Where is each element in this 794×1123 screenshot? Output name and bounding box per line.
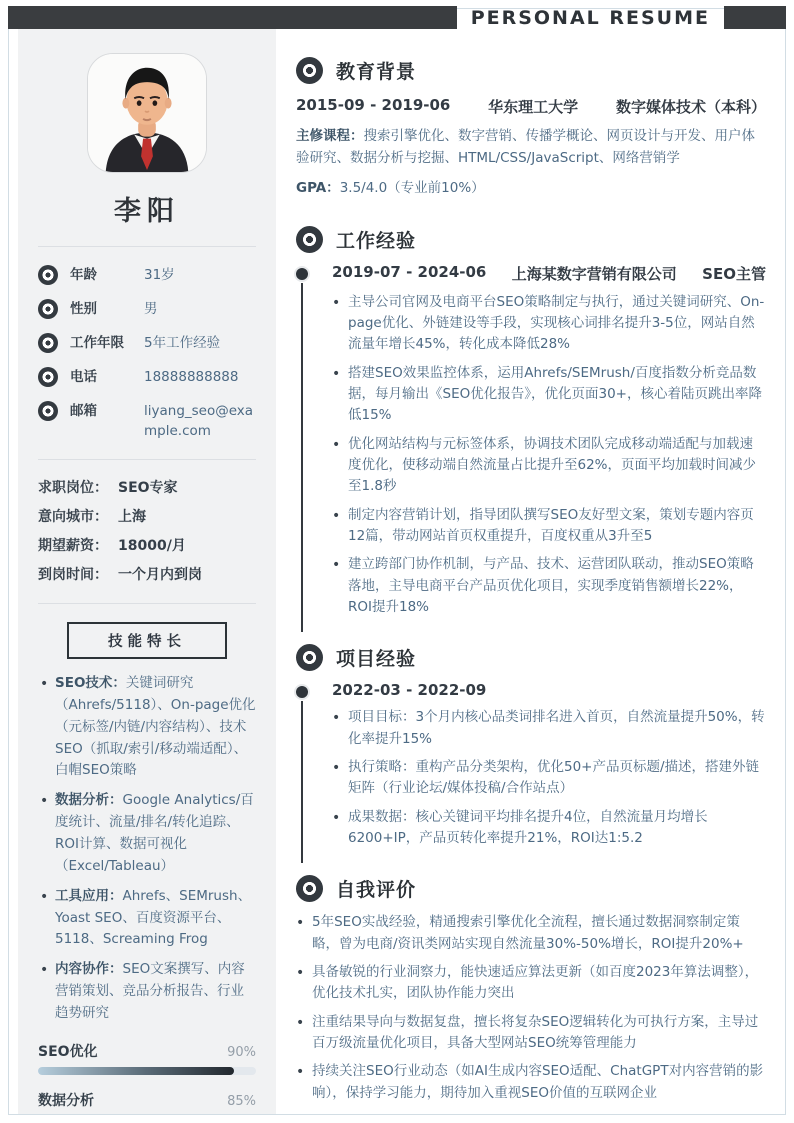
work-bullet-list: 主导公司官网及电商平台SEO策略制定与执行，通过关键词研究、On-page优化、…	[332, 292, 766, 619]
section-bullet-icon	[296, 226, 323, 253]
skills-section-title: 技能特长	[67, 622, 227, 659]
skill-bar-fill	[38, 1067, 234, 1075]
skill-bar-track	[38, 1067, 256, 1075]
education-major: 数字媒体技术（本科）	[616, 96, 766, 117]
job-intent-list: 求职岗位： SEO专家 意向城市： 上海 期望薪资： 18000/月 到岗时间：…	[38, 478, 256, 585]
self-eval-bullet: 具备敏锐的行业洞察力，能快速适应算法更新（如百度2023年算法调整），优化技术扎…	[296, 962, 766, 1005]
page-title: PERSONAL RESUME	[457, 6, 724, 29]
skill-item: 数据分析：Google Analytics/百度统计、流量/排名/转化追踪、RO…	[40, 790, 256, 877]
timeline-line	[301, 701, 303, 863]
header-bar-right	[724, 6, 786, 29]
work-bullet: 建立跨部门协作机制，与产品、技术、运营团队联动，推动SEO策略落地，主导电商平台…	[332, 554, 766, 618]
timeline-dot-icon	[296, 268, 308, 280]
intent-row-position: 求职岗位： SEO专家	[38, 478, 256, 498]
intent-row-salary: 期望薪资： 18000/月	[38, 536, 256, 556]
divider	[38, 459, 256, 460]
section-title: 工作经验	[336, 226, 416, 253]
work-role: SEO主管	[702, 263, 766, 284]
project-timeline: 2022-03 - 2022-09 项目目标：3个月内核心品类词排名进入首页，自…	[296, 681, 766, 849]
work-bullet: 制定内容营销计划，指导团队撰写SEO友好型文案，策划专题内容页12篇，带动网站首…	[332, 505, 766, 548]
skill-item: SEO技术：关键词研究（Ahrefs/5118）、On-page优化（元标签/内…	[40, 673, 256, 782]
info-row-phone: 电话 18888888888	[38, 367, 256, 387]
skill-item: 内容协作：SEO文案撰写、内容营销策划、竞品分析报告、行业趋势研究	[40, 959, 256, 1025]
work-entry-header: 2019-07 - 2024-06 上海某数字营销有限公司 SEO主管	[332, 263, 766, 284]
skill-bar-row: 数据分析 85%	[38, 1090, 256, 1114]
skills-list: SEO技术：关键词研究（Ahrefs/5118）、On-page优化（元标签/内…	[38, 673, 256, 1025]
info-row-experience: 工作年限 5年工作经验	[38, 333, 256, 353]
info-row-age: 年龄 31岁	[38, 265, 256, 285]
project-bullet-list: 项目目标：3个月内核心品类词排名进入首页，自然流量提升50%，转化率提升15% …	[332, 707, 766, 849]
project-bullet: 成果数据：核心关键词平均排名提升4位，自然流量月均增长6200+IP，产品页转化…	[332, 807, 766, 850]
skill-bar-row: SEO优化 90%	[38, 1041, 256, 1075]
section-bullet-icon	[296, 57, 323, 84]
skill-bar-label: SEO优化	[38, 1041, 98, 1061]
donut-icon	[38, 299, 58, 319]
sidebar: 李阳 年龄 31岁 性别 男 工作年限 5年工作经验 电话 1888888888…	[18, 29, 276, 1114]
work-timeline: 2019-07 - 2024-06 上海某数字营销有限公司 SEO主管 主导公司…	[296, 263, 766, 619]
education-courses: 主修课程：搜索引擎优化、数字营销、传播学概论、网页设计与开发、用户体验研究、数据…	[296, 126, 766, 169]
education-entry-header: 2015-09 - 2019-06 华东理工大学 数字媒体技术（本科）	[296, 96, 766, 117]
work-bullet: 搭建SEO效果监控体系，运用Ahrefs/SEMrush/百度指数分析竞品数据，…	[332, 363, 766, 427]
skill-bar-percent: 90%	[227, 1045, 256, 1060]
donut-icon	[38, 265, 58, 285]
section-title: 教育背景	[336, 57, 416, 84]
main-content: 教育背景 2015-09 - 2019-06 华东理工大学 数字媒体技术（本科）…	[296, 57, 766, 1123]
education-gpa: GPA：3.5/4.0（专业前10%）	[296, 178, 766, 200]
section-education: 教育背景 2015-09 - 2019-06 华东理工大学 数字媒体技术（本科）…	[296, 57, 766, 200]
skill-item: 工具应用：Ahrefs、SEMrush、Yoast SEO、百度资源平台、511…	[40, 886, 256, 952]
donut-icon	[38, 401, 58, 421]
section-title: 项目经验	[336, 644, 416, 671]
section-project-experience: 项目经验 2022-03 - 2022-09 项目目标：3个月内核心品类词排名进…	[296, 644, 766, 849]
self-eval-bullet: 注重结果导向与数据复盘，擅长将复杂SEO逻辑转化为可执行方案，主导过百万级流量优…	[296, 1012, 766, 1055]
donut-icon	[38, 367, 58, 387]
skill-bar-percent: 85%	[227, 1094, 256, 1109]
project-entry-header: 2022-03 - 2022-09	[332, 681, 766, 699]
project-date: 2022-03 - 2022-09	[332, 681, 486, 699]
divider	[38, 246, 256, 247]
skill-bars: SEO优化 90% 数据分析 85%	[38, 1041, 256, 1114]
work-date: 2019-07 - 2024-06	[332, 263, 486, 284]
section-work-experience: 工作经验 2019-07 - 2024-06 上海某数字营销有限公司 SEO主管…	[296, 226, 766, 619]
skill-bar-label: 数据分析	[38, 1090, 94, 1110]
page-header: PERSONAL RESUME	[8, 6, 786, 29]
section-bullet-icon	[296, 875, 323, 902]
intent-row-availability: 到岗时间： 一个月内到岗	[38, 565, 256, 585]
section-bullet-icon	[296, 644, 323, 671]
self-eval-bullet: 5年SEO实战经验，精通搜索引擎优化全流程，擅长通过数据洞察制定策略，曾为电商/…	[296, 912, 766, 955]
self-eval-bullet-list: 5年SEO实战经验，精通搜索引擎优化全流程，擅长通过数据洞察制定策略，曾为电商/…	[296, 912, 766, 1104]
self-eval-bullet: 持续关注SEO行业动态（如AI生成内容SEO适配、ChatGPT对内容营销的影响…	[296, 1061, 766, 1104]
project-bullet: 项目目标：3个月内核心品类词排名进入首页，自然流量提升50%，转化率提升15%	[332, 707, 766, 750]
section-self-evaluation: 自我评价 5年SEO实战经验，精通搜索引擎优化全流程，擅长通过数据洞察制定策略，…	[296, 875, 766, 1104]
project-bullet: 执行策略：重构产品分类架构，优化50+产品页标题/描述，搭建外链矩阵（行业论坛/…	[332, 757, 766, 800]
section-title: 自我评价	[336, 875, 416, 902]
personal-info-list: 年龄 31岁 性别 男 工作年限 5年工作经验 电话 18888888888 邮…	[38, 265, 256, 441]
timeline-dot-icon	[296, 686, 308, 698]
info-row-email: 邮箱 liyang_seo@example.com	[38, 401, 256, 441]
work-bullet: 主导公司官网及电商平台SEO策略制定与执行，通过关键词研究、On-page优化、…	[332, 292, 766, 356]
timeline-line	[301, 283, 303, 633]
work-bullet: 优化网站结构与元标签体系，协调技术团队完成移动端适配与加载速度优化，使移动端自然…	[332, 434, 766, 498]
avatar	[87, 53, 207, 173]
candidate-name: 李阳	[38, 189, 256, 228]
info-row-gender: 性别 男	[38, 299, 256, 319]
work-company: 上海某数字营销有限公司	[512, 263, 677, 284]
divider	[38, 603, 256, 604]
education-school: 华东理工大学	[488, 96, 578, 117]
intent-row-city: 意向城市： 上海	[38, 507, 256, 527]
donut-icon	[38, 333, 58, 353]
education-date: 2015-09 - 2019-06	[296, 96, 450, 117]
avatar-photo	[88, 54, 206, 172]
header-bar-left	[8, 6, 457, 29]
